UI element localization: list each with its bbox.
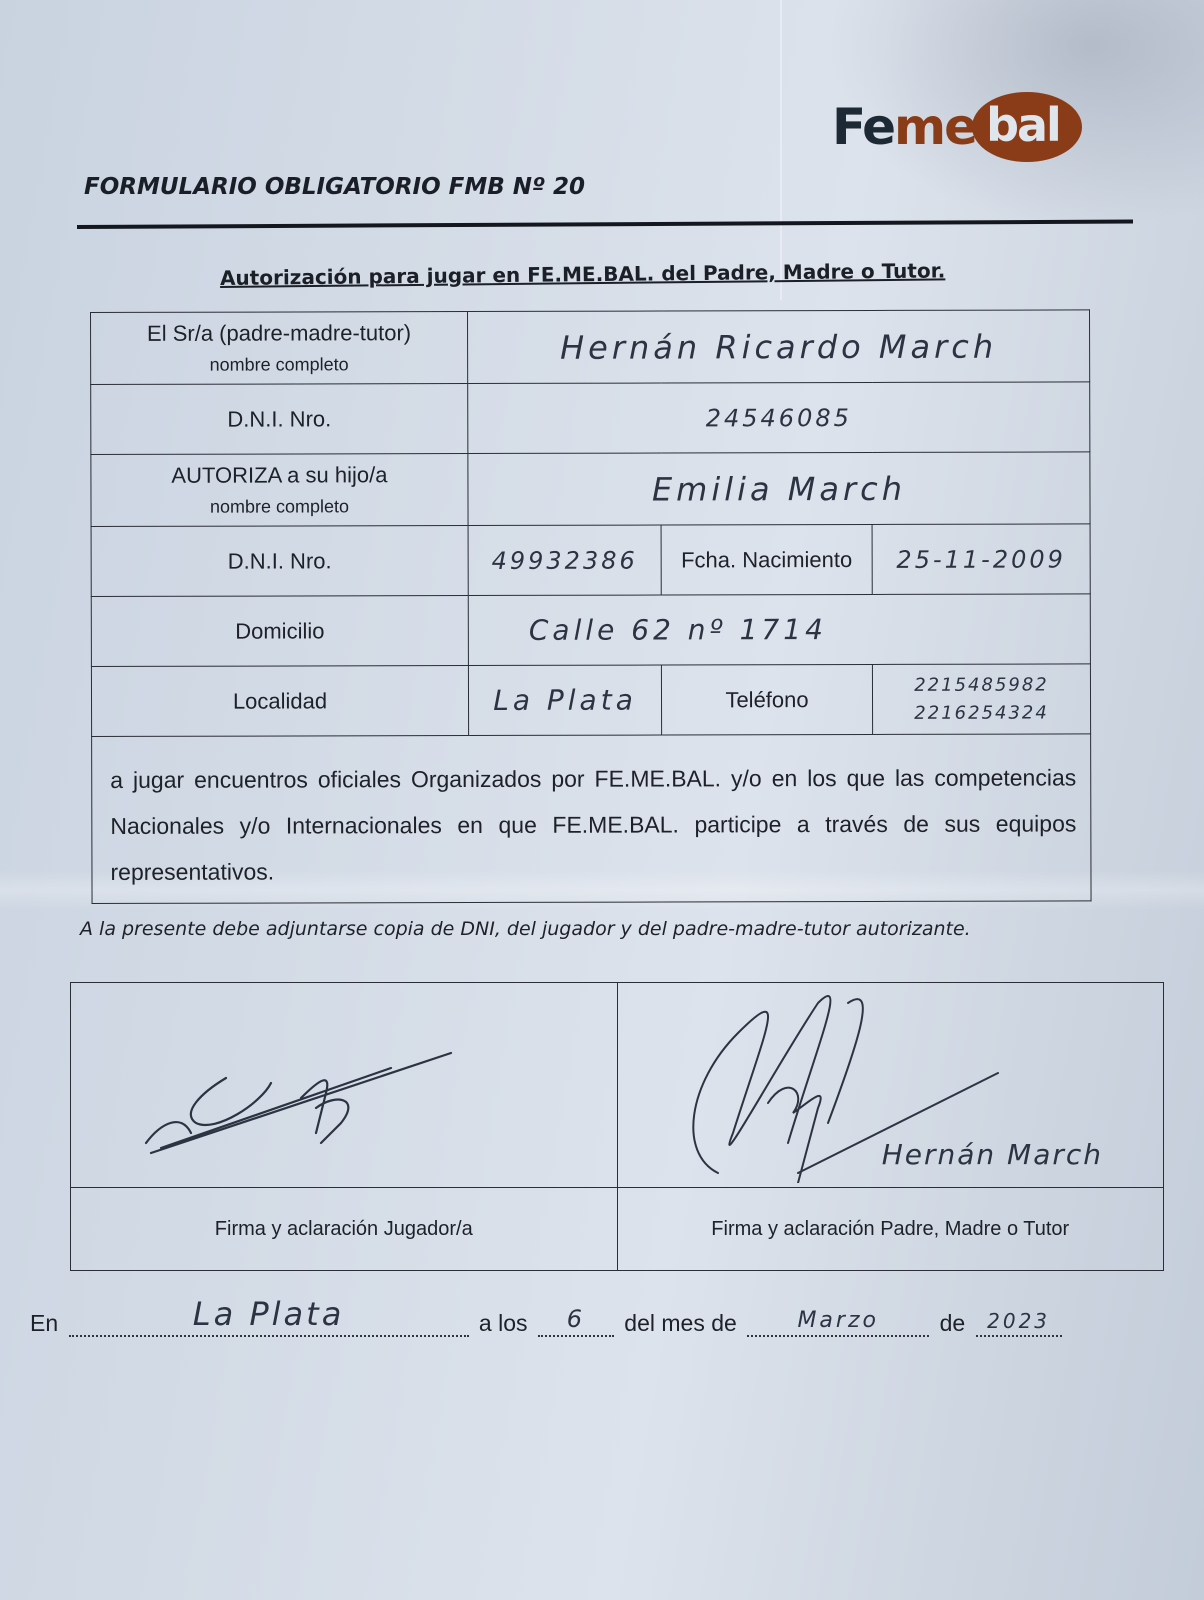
year-field[interactable]: 2023: [976, 1313, 1062, 1337]
place-value: La Plata: [69, 1295, 469, 1333]
birth-date-field[interactable]: 25-11-2009: [872, 524, 1090, 595]
city-field[interactable]: La Plata: [468, 665, 661, 736]
parent-sublabel-text: nombre completo: [91, 354, 467, 376]
child-name-field[interactable]: Emilia March: [468, 452, 1090, 526]
logo-fe: Fe: [832, 98, 894, 156]
birth-date-value: 25-11-2009: [896, 545, 1066, 573]
en-label: En: [30, 1310, 58, 1336]
authorization-text: a jugar encuentros oficiales Organizados…: [92, 734, 1091, 904]
parent-dni-value: 24546085: [706, 404, 852, 432]
form-title: FORMULARIO OBLIGATORIO FMB Nº 20: [84, 174, 585, 200]
parent-name-value: Hernán Ricardo March: [560, 327, 997, 366]
player-signature-caption: Firma y aclaración Jugador/a: [71, 1188, 618, 1271]
parent-signature-box[interactable]: Hernán March: [617, 983, 1164, 1188]
city-value: La Plata: [493, 684, 637, 717]
month-value: Marzo: [747, 1308, 929, 1333]
address-label: Domicilio: [91, 596, 468, 667]
player-signature-icon: [71, 983, 631, 1183]
birth-date-label: Fcha. Nacimiento: [661, 524, 872, 595]
parent-clarification: Hernán March: [882, 1138, 1103, 1171]
day-value: 6: [538, 1305, 614, 1333]
row-parent-name: El Sr/a (padre-madre-tutor) nombre compl…: [91, 310, 1090, 385]
phone-label: Teléfono: [661, 664, 872, 735]
authorization-form-table: El Sr/a (padre-madre-tutor) nombre compl…: [90, 309, 1092, 904]
parent-name-label: El Sr/a (padre-madre-tutor) nombre compl…: [91, 312, 468, 385]
player-signature-box[interactable]: [71, 983, 618, 1188]
femebal-logo: Fe me bal: [832, 92, 1082, 162]
parent-dni-field[interactable]: 24546085: [468, 382, 1090, 454]
parent-dni-label: D.N.I. Nro.: [91, 384, 468, 455]
signature-table: Hernán March Firma y aclaración Jugador/…: [70, 982, 1164, 1271]
de-label: de: [940, 1310, 966, 1336]
child-name-value: Emilia March: [652, 469, 906, 508]
child-dni-field[interactable]: 49932386: [468, 525, 661, 596]
parent-label-text: El Sr/a (padre-madre-tutor): [147, 320, 411, 346]
row-child-name: AUTORIZA a su hijo/a nombre completo Emi…: [91, 452, 1090, 527]
a-los-label: a los: [479, 1310, 528, 1336]
form-subtitle: Autorización para jugar en FE.ME.BAL. de…: [220, 258, 946, 290]
row-authorization-text: a jugar encuentros oficiales Organizados…: [92, 734, 1091, 904]
parent-signature-caption: Firma y aclaración Padre, Madre o Tutor: [617, 1188, 1164, 1271]
address-field[interactable]: Calle 62 nº 1714: [468, 594, 1090, 666]
day-field[interactable]: 6: [538, 1313, 614, 1337]
row-child-dni: D.N.I. Nro. 49932386 Fcha. Nacimiento 25…: [91, 524, 1090, 597]
city-label: Localidad: [91, 666, 468, 737]
child-name-label: AUTORIZA a su hijo/a nombre completo: [91, 454, 468, 527]
attachment-note: A la presente debe adjuntarse copia de D…: [80, 918, 971, 940]
paper-fold-vertical: [780, 0, 782, 300]
phone-2-value: 2216254324: [873, 699, 1090, 728]
place-date-line: En La Plata a los 6 del mes de Marzo de …: [30, 1310, 1150, 1337]
phone-field[interactable]: 2215485982 2216254324: [872, 664, 1090, 735]
logo-me: me: [894, 98, 976, 156]
month-field[interactable]: Marzo: [747, 1313, 929, 1337]
address-value: Calle 62 nº 1714: [529, 613, 827, 647]
place-field[interactable]: La Plata: [69, 1313, 469, 1337]
row-address: Domicilio Calle 62 nº 1714: [91, 594, 1090, 667]
row-city-phone: Localidad La Plata Teléfono 2215485982 2…: [91, 664, 1090, 737]
parent-name-field[interactable]: Hernán Ricardo March: [468, 310, 1090, 384]
mes-label: del mes de: [624, 1310, 737, 1336]
phone-1-value: 2215485982: [873, 671, 1090, 700]
child-dni-label: D.N.I. Nro.: [91, 526, 468, 597]
child-sublabel-text: nombre completo: [91, 496, 467, 518]
child-dni-value: 49932386: [492, 546, 638, 574]
logo-ball-icon: bal: [972, 92, 1082, 162]
child-label-text: AUTORIZA a su hijo/a: [171, 462, 387, 488]
row-parent-dni: D.N.I. Nro. 24546085: [91, 382, 1090, 455]
year-value: 2023: [976, 1309, 1062, 1333]
